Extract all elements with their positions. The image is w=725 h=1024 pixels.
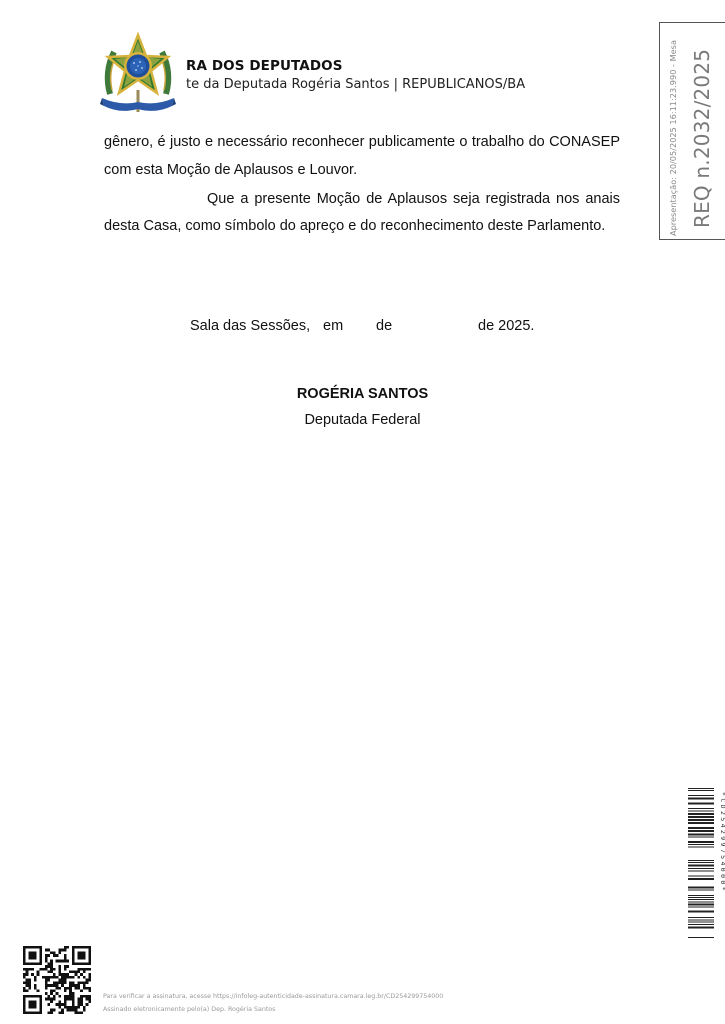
verification-link[interactable]: Para verificar a assinatura, acesse http… <box>103 993 443 1000</box>
paragraph-line: gênero, é justo e necessário reconhecer … <box>104 128 620 156</box>
paragraph-line: desta Casa, como símbolo do apreço e do … <box>104 212 620 240</box>
session-place: Sala das Sessões, <box>190 318 310 334</box>
qr-code-icon[interactable] <box>23 946 91 1014</box>
date-de: de <box>376 318 392 334</box>
signer-name: ROGÉRIA SANTOS <box>0 386 725 402</box>
document-number: REQ n.2032/2025 <box>690 49 714 228</box>
signature-note: Assinado eletronicamente pelo(a) Dep. Ro… <box>103 1006 275 1013</box>
paragraph-line: Que a presente Moção de Aplausos seja re… <box>207 185 620 213</box>
paragraph-line: com esta Moção de Aplausos e Louvor. <box>104 156 620 184</box>
brazil-coat-of-arms-icon <box>100 32 176 116</box>
barcode-icon <box>688 788 714 938</box>
barcode-text: *CD254299754000* <box>716 792 725 893</box>
presentation-timestamp: Apresentação: 20/05/2025 16:11:23.990 - … <box>668 26 678 236</box>
deputy-office: te da Deputada Rogéria Santos | REPUBLIC… <box>186 77 525 92</box>
institution-name: RA DOS DEPUTADOS <box>186 58 343 74</box>
date-year: de 2025. <box>478 318 534 334</box>
date-em: em <box>323 318 343 334</box>
signer-role: Deputada Federal <box>0 412 725 428</box>
